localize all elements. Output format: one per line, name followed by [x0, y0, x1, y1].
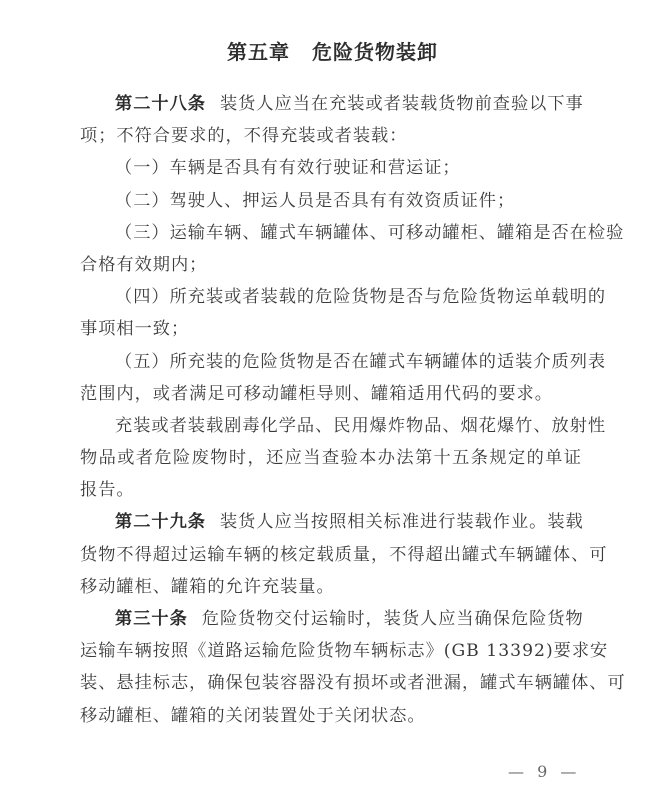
article-28-line-2: 项；不符合要求的，不得充装或者装载： [80, 120, 582, 152]
article-30-line-4: 移动罐柜、罐箱的关闭装置处于关闭状态。 [80, 700, 582, 732]
chapter-title: 第五章危险货物装卸 [0, 36, 665, 65]
document-body: 第二十八条装货人应当在充装或者装载货物前查验以下事 项；不符合要求的，不得充装或… [80, 88, 582, 732]
item-5-line-1: （五）所充装的危险货物是否在罐式车辆罐体的适装介质列表 [80, 346, 582, 378]
chapter-label: 第五章 [227, 40, 290, 64]
extra-line-1: 充装或者装载剧毒化学品、民用爆炸物品、烟花爆竹、放射性 [80, 410, 582, 442]
item-3-line-2: 合格有效期内； [80, 249, 582, 281]
extra-line-2: 物品或者危险废物时，还应当查验本办法第十五条规定的单证 [80, 442, 582, 474]
article-heading: 第二十九条 [115, 512, 206, 532]
article-heading: 第二十八条 [115, 94, 206, 114]
article-30-line-3: 装、悬挂标志，确保包装容器没有损坏或者泄漏，罐式车辆罐体、可 [80, 667, 582, 699]
chapter-name: 危险货物装卸 [312, 40, 438, 64]
item-1: （一）车辆是否具有有效行驶证和营运证； [80, 152, 582, 184]
extra-line-3: 报告。 [80, 474, 582, 506]
item-3-line-1: （三）运输车辆、罐式车辆罐体、可移动罐柜、罐箱是否在检验 [80, 217, 582, 249]
article-heading: 第三十条 [115, 609, 188, 629]
article-28-line-1: 第二十八条装货人应当在充装或者装载货物前查验以下事 [80, 88, 582, 120]
article-29-line-2: 货物不得超过运输车辆的核定载质量，不得超出罐式车辆罐体、可 [80, 539, 582, 571]
article-30-line-2: 运输车辆按照《道路运输危险货物车辆标志》(GB 13392)要求安 [80, 635, 582, 667]
item-2: （二）驾驶人、押运人员是否具有有效资质证件； [80, 185, 582, 217]
item-4-line-2: 事项相一致； [80, 313, 582, 345]
article-29-line-1: 第二十九条装货人应当按照相关标准进行装载作业。装载 [80, 506, 582, 538]
article-29-line-3: 移动罐柜、罐箱的允许充装量。 [80, 571, 582, 603]
item-4-line-1: （四）所充装或者装载的危险货物是否与危险货物运单载明的 [80, 281, 582, 313]
article-30-line-1: 第三十条危险货物交付运输时，装货人应当确保危险货物 [80, 603, 582, 635]
page-number: — 9 — [508, 762, 580, 781]
item-5-line-2: 范围内，或者满足可移动罐柜导则、罐箱适用代码的要求。 [80, 378, 582, 410]
